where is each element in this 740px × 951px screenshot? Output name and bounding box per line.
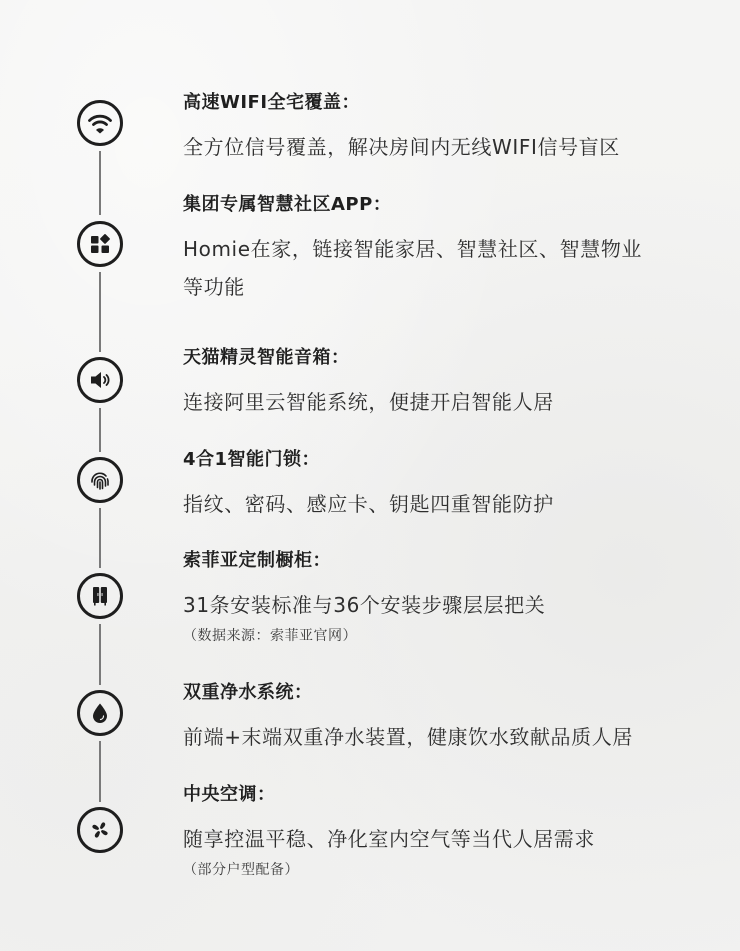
- feature-title: 双重净水系统：: [183, 682, 710, 704]
- feature-item-air-conditioning: 中央空调： 随享控温平稳、净化室内空气等当代人居需求 （部分户型配备）: [183, 784, 710, 880]
- fingerprint-icon: [77, 457, 123, 503]
- feature-note: （部分户型配备）: [183, 860, 710, 880]
- app-grid-icon: [77, 221, 123, 267]
- timeline-connector: [99, 272, 101, 352]
- timeline-connector: [99, 741, 101, 802]
- feature-item-speaker: 天猫精灵智能音箱： 连接阿里云智能系统，便捷开启智能人居: [183, 347, 710, 421]
- feature-title: 4合1智能门锁：: [183, 449, 710, 471]
- feature-description: 指纹、密码、感应卡、钥匙四重智能防护: [183, 485, 658, 523]
- feature-description: 前端+末端双重净水装置，健康饮水致献品质人居: [183, 718, 658, 756]
- feature-description: 连接阿里云智能系统，便捷开启智能人居: [183, 383, 658, 421]
- feature-title: 中央空调：: [183, 784, 710, 806]
- timeline-connector: [99, 408, 101, 452]
- feature-item-door-lock: 4合1智能门锁： 指纹、密码、感应卡、钥匙四重智能防护: [183, 449, 710, 523]
- feature-item-water-purifier: 双重净水系统： 前端+末端双重净水装置，健康饮水致献品质人居: [183, 682, 710, 756]
- feature-title: 索菲亚定制橱柜：: [183, 550, 710, 572]
- feature-description: 随享控温平稳、净化室内空气等当代人居需求: [183, 820, 658, 858]
- feature-description: 31条安装标准与36个安装步骤层层把关: [183, 586, 658, 624]
- feature-title: 高速WIFI全宅覆盖：: [183, 92, 710, 114]
- wifi-icon: [77, 100, 123, 146]
- feature-item-cabinet: 索菲亚定制橱柜： 31条安装标准与36个安装步骤层层把关 （数据来源：索菲亚官网…: [183, 550, 710, 646]
- speaker-icon: [77, 357, 123, 403]
- fan-icon: [77, 807, 123, 853]
- feature-item-app: 集团专属智慧社区APP： Homie在家，链接智能家居、智慧社区、智慧物业等功能: [183, 194, 710, 306]
- timeline-connector: [99, 624, 101, 685]
- water-drop-icon: [77, 690, 123, 736]
- feature-item-wifi: 高速WIFI全宅覆盖： 全方位信号覆盖，解决房间内无线WIFI信号盲区: [183, 92, 710, 166]
- timeline-connector: [99, 508, 101, 568]
- feature-description: 全方位信号覆盖，解决房间内无线WIFI信号盲区: [183, 128, 658, 166]
- timeline-connector: [99, 151, 101, 215]
- feature-note: （数据来源：索菲亚官网）: [183, 626, 710, 646]
- wardrobe-icon: [77, 573, 123, 619]
- feature-description: Homie在家，链接智能家居、智慧社区、智慧物业等功能: [183, 230, 653, 306]
- feature-title: 集团专属智慧社区APP：: [183, 194, 710, 216]
- feature-title: 天猫精灵智能音箱：: [183, 347, 710, 369]
